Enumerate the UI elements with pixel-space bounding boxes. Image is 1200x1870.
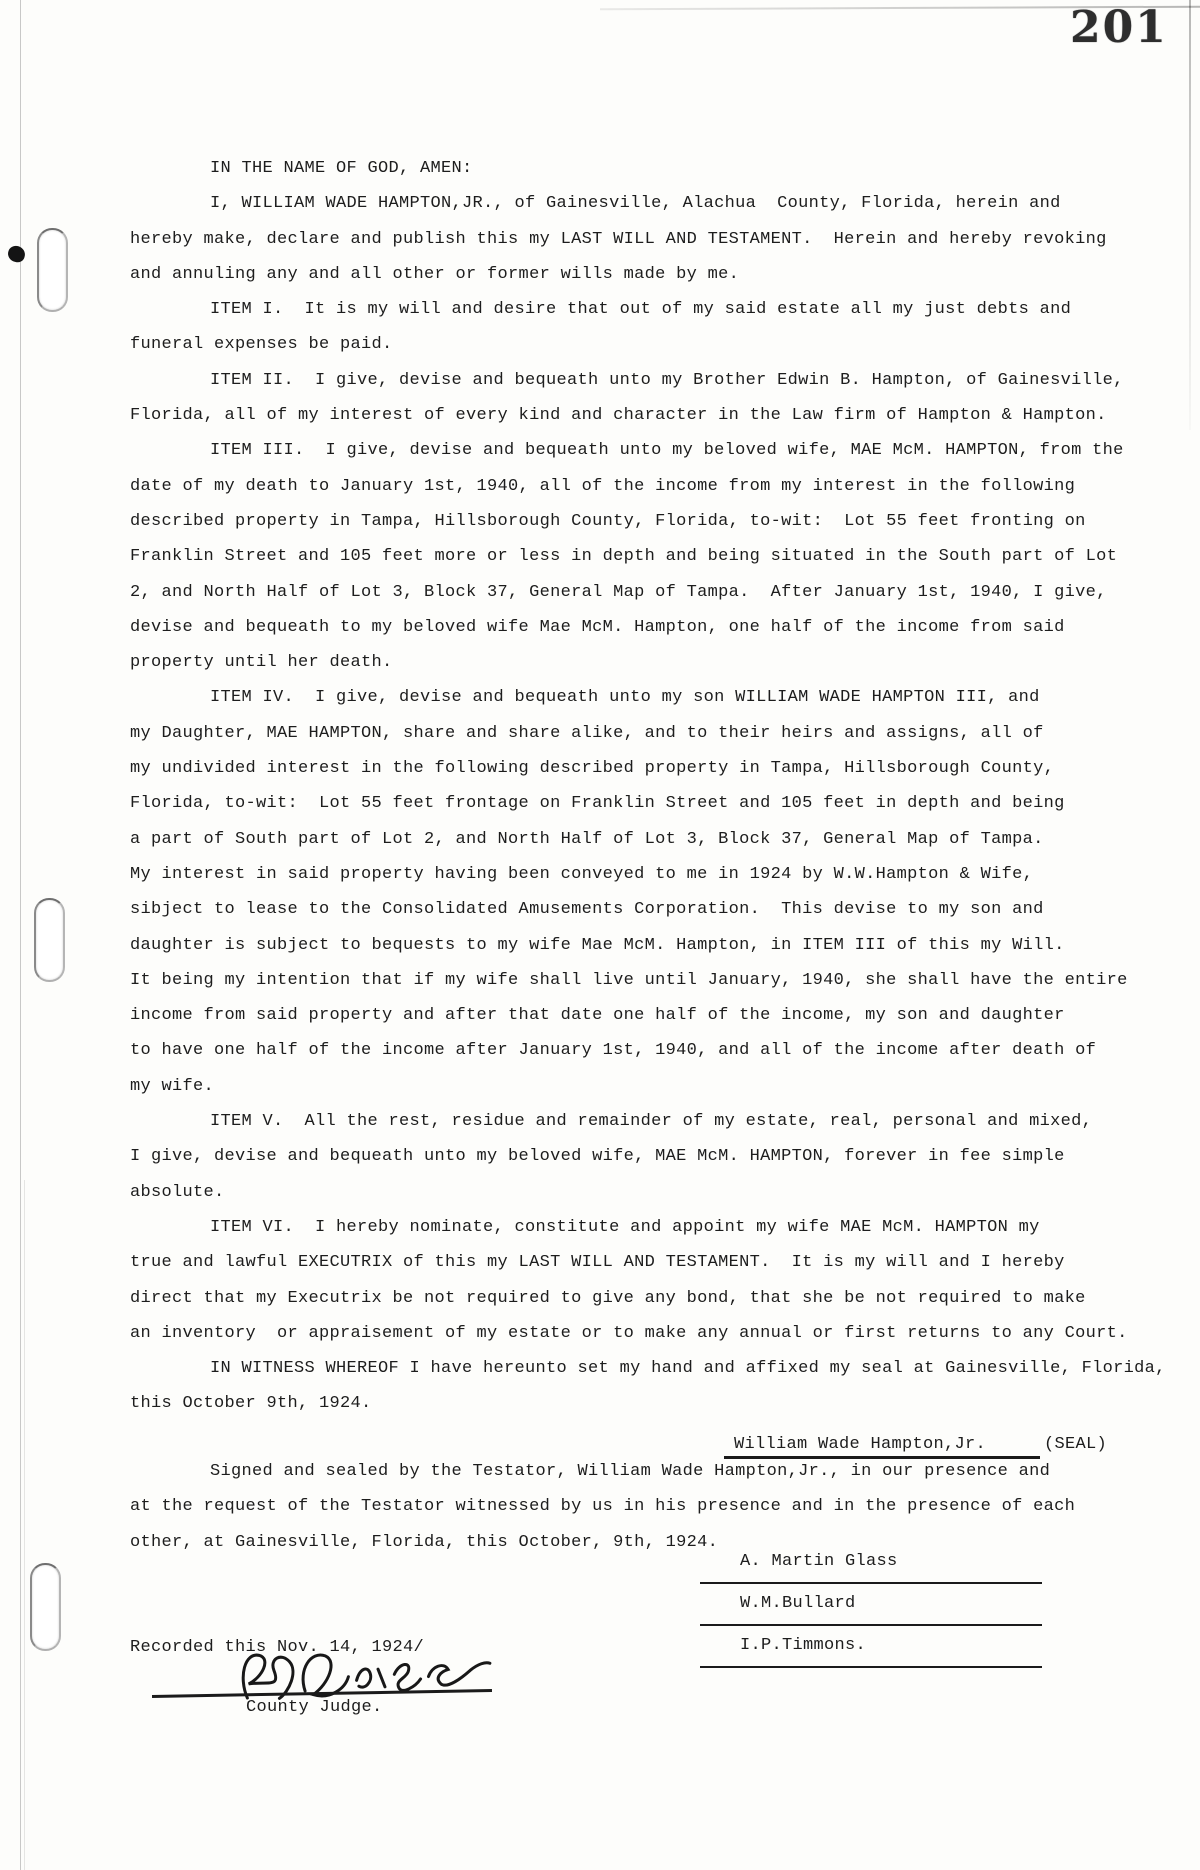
text-line: true and lawful EXECUTRIX of this my LAS… — [130, 1245, 1190, 1280]
page-edge-line — [24, 1180, 25, 1870]
witness-signature: A. Martin Glass — [700, 1545, 1042, 1584]
text-line: and annuling any and all other or former… — [130, 257, 1190, 292]
county-judge-title: County Judge. — [246, 1698, 383, 1717]
text-line: I, WILLIAM WADE HAMPTON,JR., of Gainesvi… — [130, 186, 1190, 221]
text-line: ITEM II. I give, devise and bequeath unt… — [130, 363, 1190, 398]
text-line: an inventory or appraisement of my estat… — [130, 1316, 1190, 1351]
text-line: to have one half of the income after Jan… — [130, 1033, 1190, 1068]
witness-signatures: A. Martin GlassW.M.BullardI.P.Timmons. — [700, 1545, 1042, 1671]
text-line: absolute. — [130, 1175, 1190, 1210]
text-line: Florida, to-wit: Lot 55 feet frontage on… — [130, 786, 1190, 821]
page-number-stamp: 201 — [1070, 2, 1168, 53]
attestation-text: Signed and sealed by the Testator, Willi… — [130, 1454, 1190, 1560]
witness-signature: W.M.Bullard — [700, 1587, 1042, 1626]
text-line: It being my intention that if my wife sh… — [130, 963, 1190, 998]
text-line: direct that my Executrix be not required… — [130, 1281, 1190, 1316]
text-line: Franklin Street and 105 feet more or les… — [130, 539, 1190, 574]
text-line: My interest in said property having been… — [130, 857, 1190, 892]
text-line: date of my death to January 1st, 1940, a… — [130, 469, 1190, 504]
punch-hole — [34, 898, 65, 982]
will-body-text: IN THE NAME OF GOD, AMEN:I, WILLIAM WADE… — [130, 151, 1190, 1422]
text-line: ITEM III. I give, devise and bequeath un… — [130, 433, 1190, 468]
text-line: my undivided interest in the following d… — [130, 751, 1190, 786]
text-line: 2, and North Half of Lot 3, Block 37, Ge… — [130, 575, 1190, 610]
text-line: Florida, all of my interest of every kin… — [130, 398, 1190, 433]
text-line: sibject to lease to the Consolidated Amu… — [130, 892, 1190, 927]
text-line: ITEM VI. I hereby nominate, constitute a… — [130, 1210, 1190, 1245]
text-line: property until her death. — [130, 645, 1190, 680]
punch-hole — [30, 1563, 61, 1651]
page-edge-line — [20, 0, 21, 1870]
text-line: daughter is subject to bequests to my wi… — [130, 928, 1190, 963]
text-line: described property in Tampa, Hillsboroug… — [130, 504, 1190, 539]
text-line: Signed and sealed by the Testator, Willi… — [130, 1454, 1190, 1489]
text-line: hereby make, declare and publish this my… — [130, 222, 1190, 257]
text-line: income from said property and after that… — [130, 998, 1190, 1033]
will-document-page: 201 IN THE NAME OF GOD, AMEN:I, WILLIAM … — [0, 0, 1200, 1870]
punch-hole — [37, 228, 68, 312]
text-line: ITEM V. All the rest, residue and remain… — [130, 1104, 1190, 1139]
text-line: at the request of the Testator witnessed… — [130, 1489, 1190, 1524]
text-line: IN WITNESS WHEREOF I have hereunto set m… — [130, 1351, 1190, 1386]
text-line: devise and bequeath to my beloved wife M… — [130, 610, 1190, 645]
text-line: my Daughter, MAE HAMPTON, share and shar… — [130, 716, 1190, 751]
text-line: ITEM I. It is my will and desire that ou… — [130, 292, 1190, 327]
ink-blot — [6, 244, 26, 264]
text-line: ITEM IV. I give, devise and bequeath unt… — [130, 680, 1190, 715]
text-line: funeral expenses be paid. — [130, 327, 1190, 362]
text-line: IN THE NAME OF GOD, AMEN: — [130, 151, 1190, 186]
seal-label: (SEAL) — [1044, 1435, 1107, 1454]
witness-signature: I.P.Timmons. — [700, 1629, 1042, 1668]
text-line: a part of South part of Lot 2, and North… — [130, 822, 1190, 857]
text-line: I give, devise and bequeath unto my belo… — [130, 1139, 1190, 1174]
text-line: my wife. — [130, 1069, 1190, 1104]
